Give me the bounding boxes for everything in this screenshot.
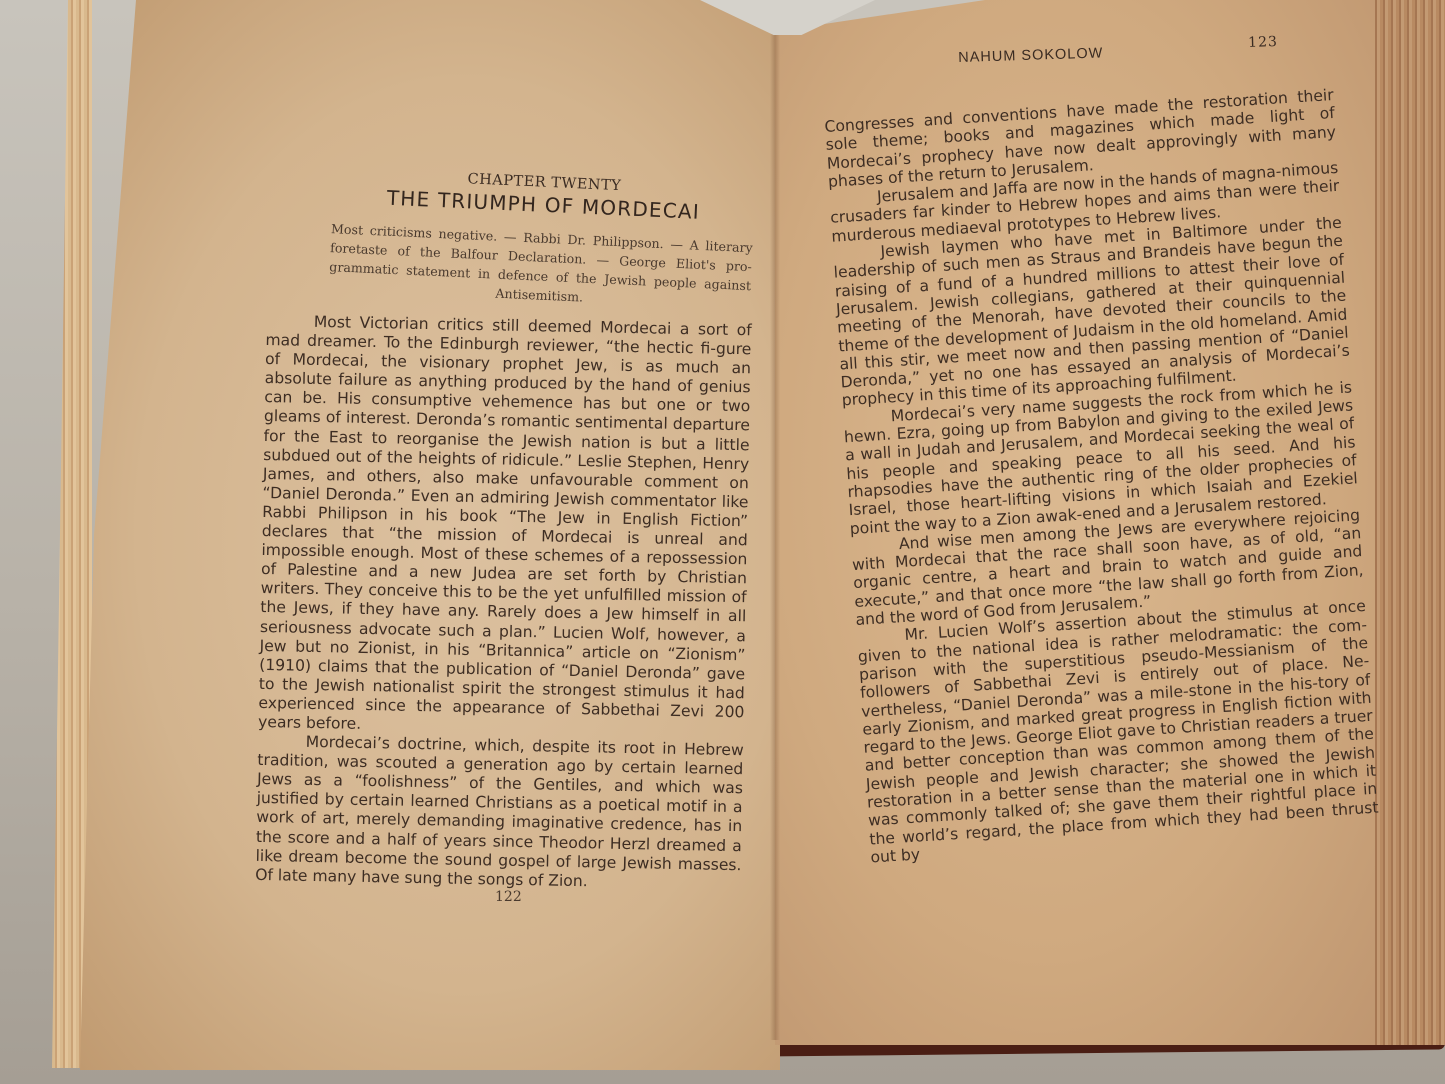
paragraph: Most Victorian critics still deemed Mord… bbox=[258, 312, 752, 741]
paragraph: Jewish laymen who have met in Baltimore … bbox=[832, 214, 1351, 410]
page-number-left: 122 bbox=[495, 889, 522, 905]
book-gutter bbox=[770, 30, 780, 1040]
paragraph: Mr. Lucien Wolf’s assertion about the st… bbox=[856, 597, 1380, 866]
left-page-body: Most Victorian critics still deemed Mord… bbox=[255, 312, 752, 894]
chapter-heading: CHAPTER TWENTY THE TRIUMPH OF MORDECAI M… bbox=[324, 165, 759, 314]
right-page-edges bbox=[1372, 0, 1445, 1045]
right-page-body: Congresses and conventions have made the… bbox=[824, 86, 1380, 867]
page-number-right: 123 bbox=[1248, 34, 1278, 57]
paragraph: Mordecai’s doctrine, which, despite its … bbox=[255, 732, 744, 894]
